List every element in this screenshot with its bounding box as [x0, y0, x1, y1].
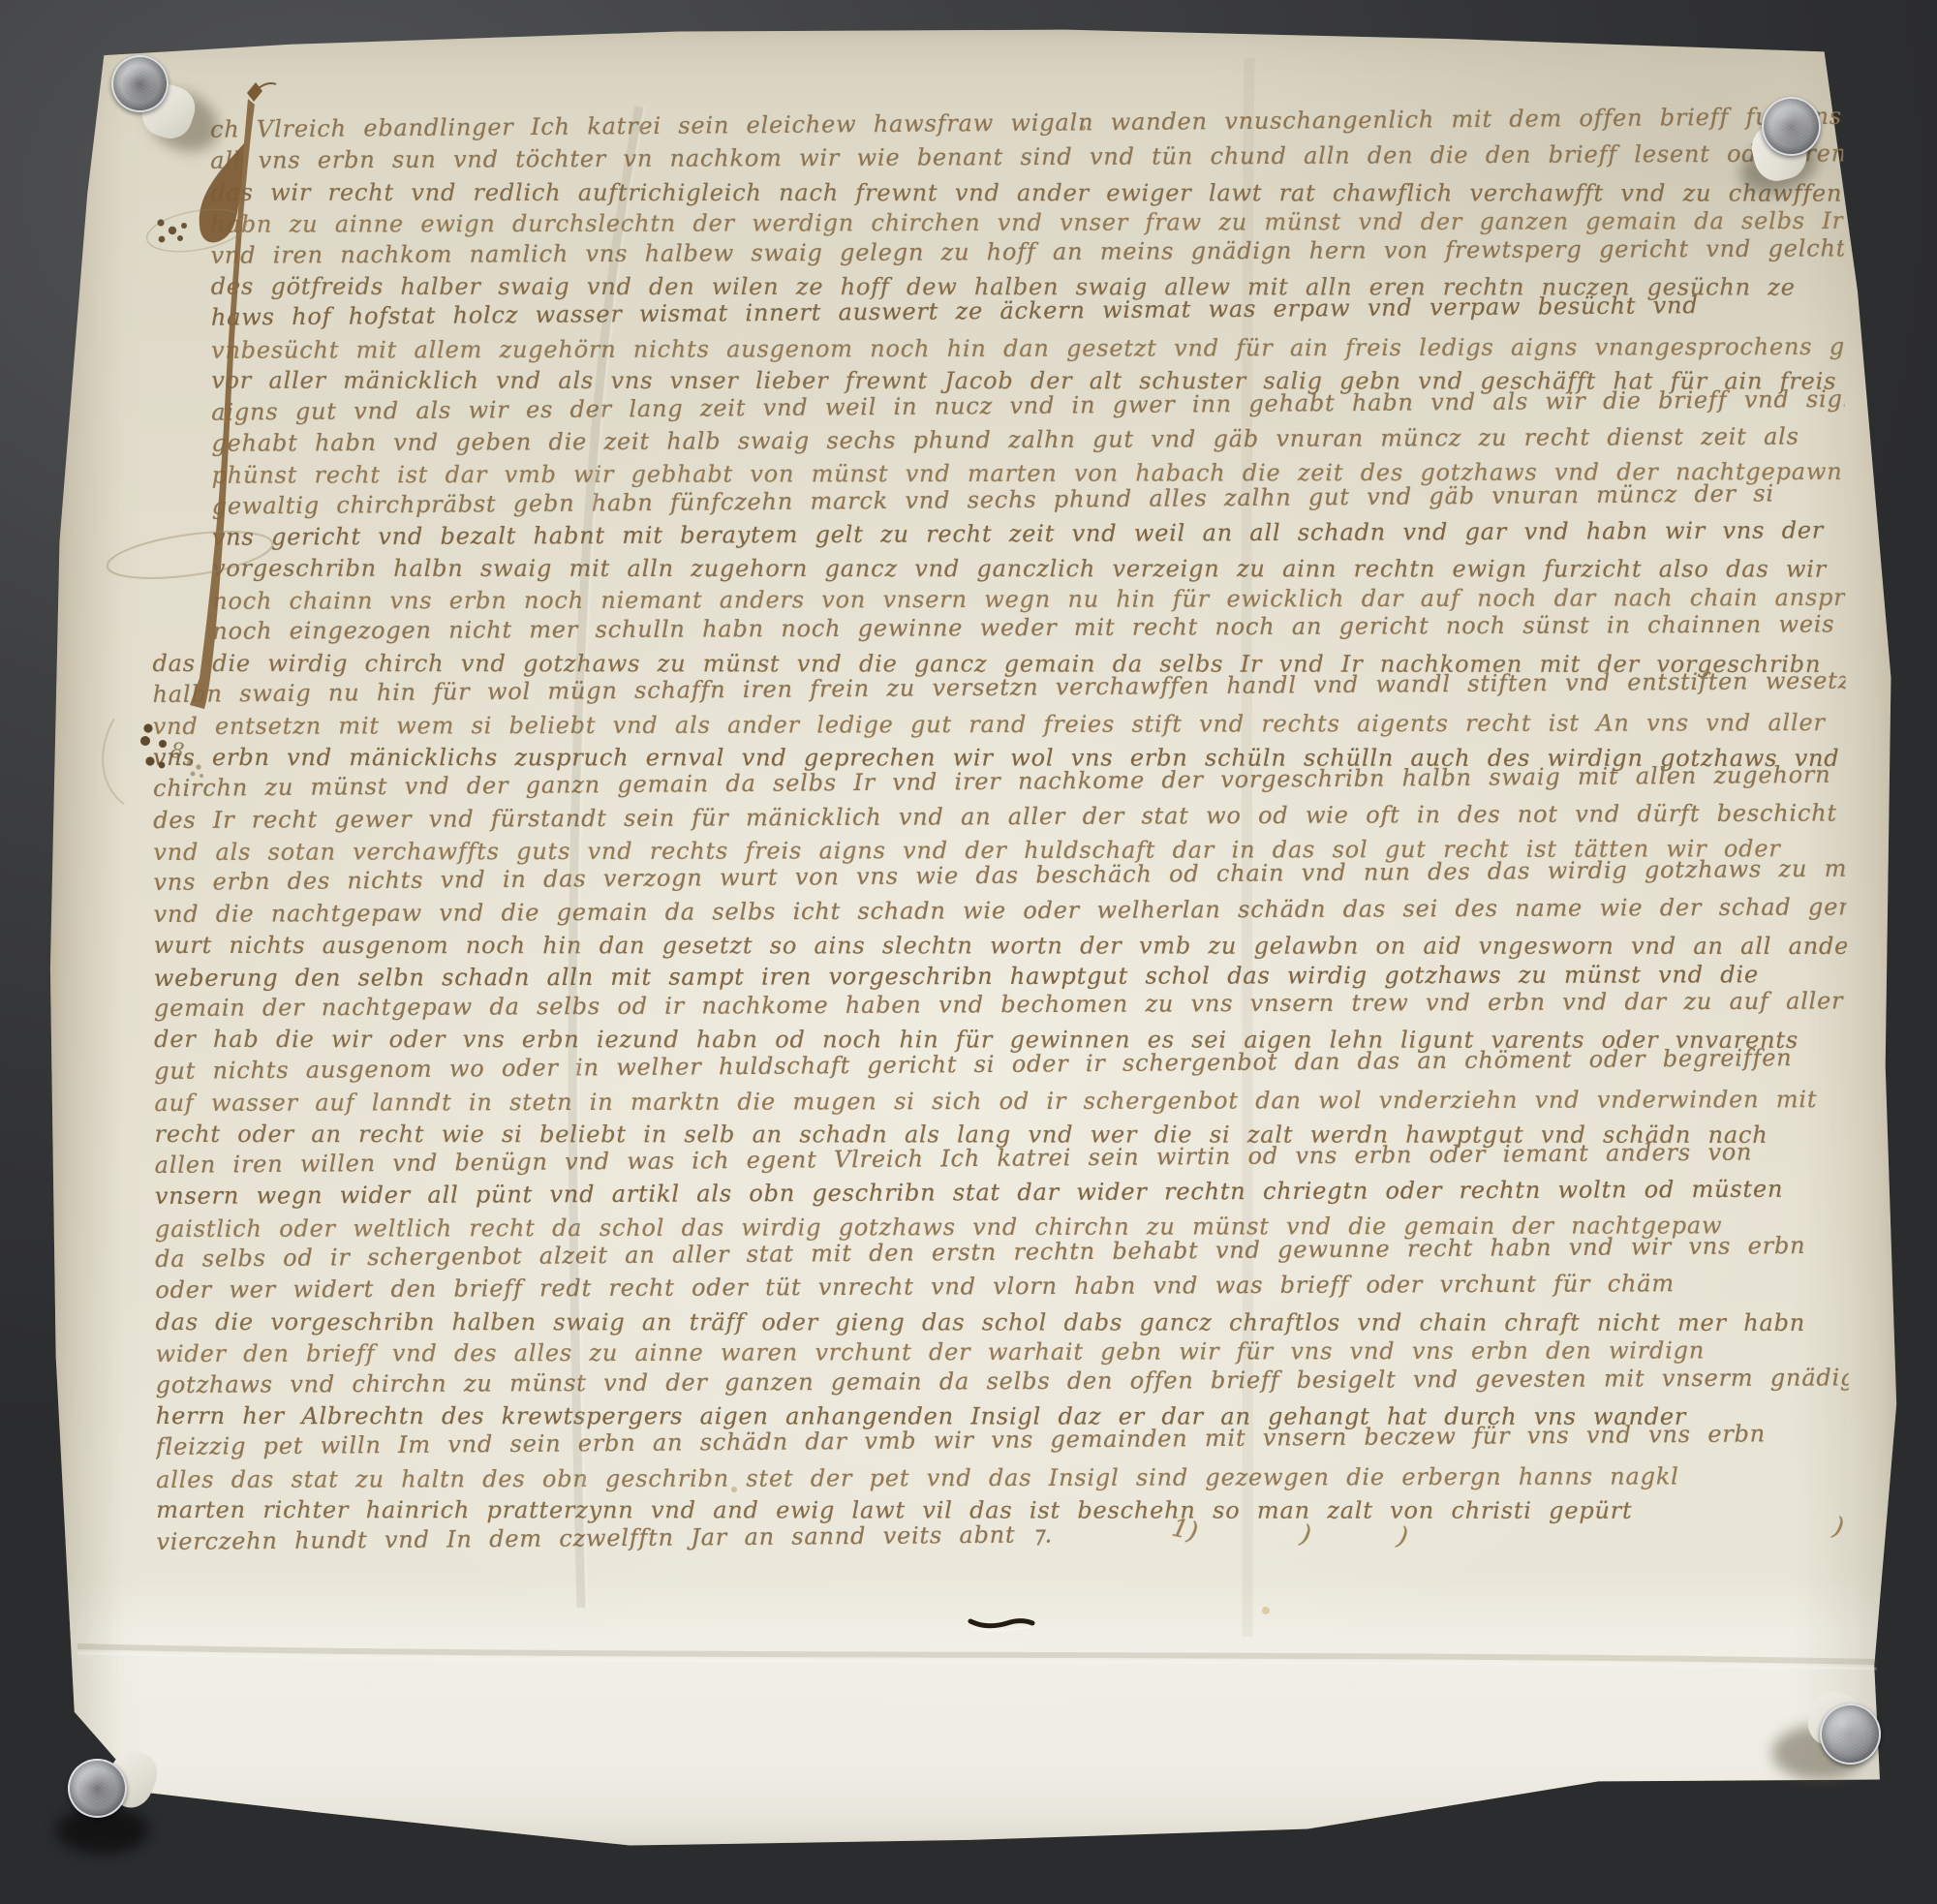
manuscript-text-line: wurt nichts ausgenom noch hin dan gesetz… — [154, 930, 1847, 962]
manuscript-text-line: vnd die nachtgepaw vnd die gemain da sel… — [154, 891, 1847, 930]
manuscript-text-line: oder wer widert den brieff redt recht od… — [155, 1268, 1848, 1306]
manuscript-text-line: gotzhaws vnd chirchn zu münst vnd der ga… — [156, 1362, 1849, 1400]
manuscript-text-line: gehabt habn vnd geben die zeit halb swai… — [211, 420, 1844, 459]
manuscript-text-line: noch eingezogen nicht mer schulln habn n… — [212, 609, 1845, 648]
pen-flourish: 1) — [1169, 1514, 1200, 1548]
manuscript-text-line: das die vorgeschribn halben swaig an trä… — [155, 1306, 1848, 1338]
manuscript-text-line: des Ir recht gewer vnd fürstandt sein fü… — [153, 797, 1846, 836]
manuscript-text-line: das wir recht vnd redlich auftrichigleic… — [210, 177, 1843, 209]
manuscript-text-line: vns gericht vnd bezalt habnt mit berayte… — [212, 514, 1845, 553]
manuscript-text-block: ch Vlreich ebandlinger Ich katrei sein e… — [150, 107, 1849, 1557]
manuscript-text-line: gemain der nachtgepaw da selbs od ir nac… — [154, 985, 1847, 1024]
manuscript-text-line: all vns erbn sun vnd töchter vn nachkom … — [210, 138, 1843, 177]
photo-of-charter: ch Vlreich ebandlinger Ich katrei sein e… — [0, 0, 1937, 1904]
manuscript-text-line: vnbesücht mit allem zugehörn nichts ausg… — [211, 331, 1844, 366]
manuscript-text-line: vnd entsetzn mit wem si beliebt vnd als … — [153, 707, 1846, 742]
manuscript-text-line: vorgeschribn halbn swaig mit alln zugeho… — [212, 553, 1845, 585]
manuscript-text-line: vnd iren nachkom namlich vns halbew swai… — [211, 232, 1844, 271]
manuscript-text-line: auf wasser auf lanndt in stetn in marktn… — [154, 1084, 1847, 1119]
manuscript-text-line: alles das stat zu haltn des obn geschrib… — [156, 1460, 1849, 1495]
manuscript-text-line: vnsern wegn wider all pünt vnd artikl al… — [155, 1174, 1848, 1213]
